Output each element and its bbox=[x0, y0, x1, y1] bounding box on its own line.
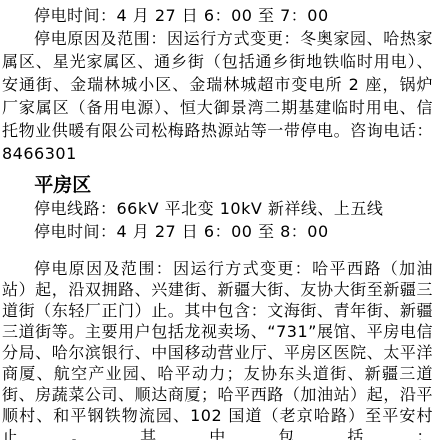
power-outage-notice-document: 停电时间：4 月 27 日 6：00 至 7：00 停电原因及范围：因运行方式变… bbox=[0, 0, 440, 440]
outage-time-notice-2: 停电时间：4 月 27 日 6：00 至 8：00 bbox=[2, 220, 433, 243]
outage-reason-scope-1: 停电原因及范围：因运行方式变更：冬奥家园、哈热家属区、星光家属区、通乡街（包括通… bbox=[2, 27, 433, 165]
outage-reason-scope-2: 停电原因及范围：因运行方式变更：哈平西路（加油站）起，沿双拥路、兴建街、新疆大街… bbox=[2, 258, 433, 440]
district-heading-pingfang: 平房区 bbox=[2, 173, 433, 197]
outage-time-notice-1: 停电时间：4 月 27 日 6：00 至 7：00 bbox=[2, 4, 433, 27]
outage-line-info: 停电线路：66kV 平北变 10kV 新祥线、上五线 bbox=[2, 197, 433, 220]
